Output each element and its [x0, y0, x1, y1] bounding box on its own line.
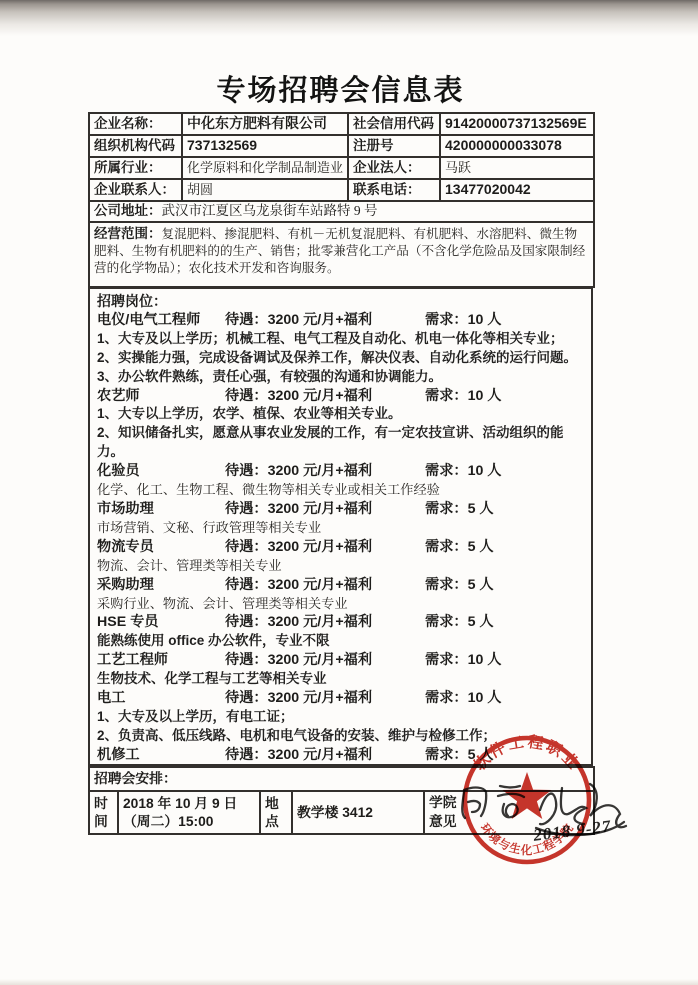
- job-requirement-line: 采购行业、物流、会计、管理类等相关专业: [97, 595, 584, 614]
- time-value: 2018 年 10 月 9 日（周二）15:00: [118, 791, 260, 834]
- company-info-row: 组织机构代码737132569注册号420000000033078: [89, 135, 594, 157]
- job-salary: 待遇：3200 元/月+福利: [225, 746, 425, 765]
- job-requirement-line: 1、大专以上学历，农学、植保、农业等相关专业。: [97, 405, 584, 424]
- job-title: 化验员: [97, 462, 225, 481]
- job-salary: 待遇：3200 元/月+福利: [225, 689, 425, 708]
- place-value: 教学楼 3412: [292, 791, 424, 834]
- company-address-value: 武汉市江夏区乌龙泉街车站路特 9 号: [162, 203, 378, 218]
- company-field-label: 所属行业：: [89, 157, 182, 179]
- job-demand: 需求：5 人: [425, 613, 584, 632]
- job-header-row: 市场助理待遇：3200 元/月+福利需求：5 人: [97, 500, 584, 519]
- job-requirement-line: 化学、化工、生物工程、微生物等相关专业或相关工作经验: [97, 481, 584, 500]
- company-field-label: 联系电话：: [348, 179, 440, 201]
- job-header-row: 采购助理待遇：3200 元/月+福利需求：5 人: [97, 576, 584, 595]
- job-title: 农艺师: [97, 387, 225, 406]
- job-header-row: 化验员待遇：3200 元/月+福利需求：10 人: [97, 462, 584, 481]
- job-salary: 待遇：3200 元/月+福利: [225, 651, 425, 670]
- job-header-row: 物流专员待遇：3200 元/月+福利需求：5 人: [97, 538, 584, 557]
- company-field-value: 91420000737132569E: [440, 113, 594, 135]
- job-title: HSE 专员: [97, 613, 225, 632]
- job-demand: 需求：10 人: [425, 462, 584, 481]
- company-field-value: 420000000033078: [440, 135, 594, 157]
- company-field-value: 13477020042: [440, 179, 594, 201]
- business-scope-text: 经营范围：复混肥料、掺混肥料、有机－无机复混肥料、有机肥料、水溶肥料、微生物肥料…: [94, 225, 589, 277]
- job-requirement-line: 生物技术、化学工程与工艺等相关专业: [97, 670, 584, 689]
- job-requirement-line: 物流、会计、管理类等相关专业: [97, 557, 584, 576]
- company-info-row: 所属行业：化学原料和化学制品制造业企业法人：马跃: [89, 157, 594, 179]
- company-field-value: 化学原料和化学制品制造业: [182, 157, 348, 179]
- company-field-label: 社会信用代码: [348, 113, 440, 135]
- company-address-label: 公司地址：: [94, 203, 162, 218]
- scan-edge-artifact-top: [0, 0, 698, 36]
- job-demand: 需求：10 人: [425, 311, 584, 330]
- job-salary: 待遇：3200 元/月+福利: [225, 576, 425, 595]
- job-header-row: 农艺师待遇：3200 元/月+福利需求：10 人: [97, 387, 584, 406]
- company-field-value: 胡圆: [182, 179, 348, 201]
- business-scope-cell: 经营范围：复混肥料、掺混肥料、有机－无机复混肥料、有机肥料、水溶肥料、微生物肥料…: [89, 222, 594, 287]
- company-info-row: 企业联系人：胡圆联系电话：13477020042: [89, 179, 594, 201]
- job-requirement-line: 市场营销、文秘、行政管理等相关专业: [97, 519, 584, 538]
- company-info-table: 企业名称：中化东方肥料有限公司社会信用代码91420000737132569E组…: [88, 112, 595, 288]
- job-list: 电仪/电气工程师待遇：3200 元/月+福利需求：10 人1、大专及以上学历；机…: [97, 311, 584, 765]
- job-requirement-line: 2、实操能力强，完成设备调试及保养工作，解决仪表、自动化系统的运行问题。: [97, 349, 584, 368]
- company-address-cell: 公司地址：武汉市江夏区乌龙泉街车站路特 9 号: [89, 201, 594, 222]
- place-label: 地点: [260, 791, 292, 834]
- job-demand: 需求：10 人: [425, 689, 584, 708]
- company-field-label: 注册号: [348, 135, 440, 157]
- job-title: 市场助理: [97, 500, 225, 519]
- job-title: 机修工: [97, 746, 225, 765]
- job-requirement-line: 能熟练使用 office 办公软件，专业不限: [97, 632, 584, 651]
- company-info-row: 企业名称：中化东方肥料有限公司社会信用代码91420000737132569E: [89, 113, 594, 135]
- scanned-job-fair-form: 专场招聘会信息表 企业名称：中化东方肥料有限公司社会信用代码9142000073…: [0, 0, 698, 985]
- job-demand: 需求：5 人: [425, 538, 584, 557]
- company-field-label: 企业联系人：: [89, 179, 182, 201]
- job-header-row: 工艺工程师待遇：3200 元/月+福利需求：10 人: [97, 651, 584, 670]
- job-requirement-line: 1、大专及以上学历，有电工证；: [97, 708, 584, 727]
- job-requirement-line: 3、办公软件熟练，责任心强，有较强的沟通和协调能力。: [97, 368, 584, 387]
- job-section-label: 招聘岗位：: [97, 292, 584, 311]
- job-postings-box: 招聘岗位： 电仪/电气工程师待遇：3200 元/月+福利需求：10 人1、大专及…: [88, 287, 593, 766]
- company-field-value: 马跃: [440, 157, 594, 179]
- company-field-label: 组织机构代码: [89, 135, 182, 157]
- job-requirement-line: 2、知识储备扎实，愿意从事农业发展的工作，有一定农技宣讲、活动组织的能力。: [97, 424, 584, 462]
- job-title: 工艺工程师: [97, 651, 225, 670]
- job-header-row: 电工待遇：3200 元/月+福利需求：10 人: [97, 689, 584, 708]
- company-field-value: 737132569: [182, 135, 348, 157]
- company-field-label: 企业法人：: [348, 157, 440, 179]
- business-scope-value: 复混肥料、掺混肥料、有机－无机复混肥料、有机肥料、水溶肥料、微生物肥料、生物有机…: [94, 227, 585, 275]
- job-title: 电工: [97, 689, 225, 708]
- job-title: 物流专员: [97, 538, 225, 557]
- job-salary: 待遇：3200 元/月+福利: [225, 538, 425, 557]
- job-requirement-line: 1、大专及以上学历；机械工程、电气工程及自动化、机电一体化等相关专业；: [97, 330, 584, 349]
- time-label: 时间: [89, 791, 118, 834]
- job-salary: 待遇：3200 元/月+福利: [225, 311, 425, 330]
- job-salary: 待遇：3200 元/月+福利: [225, 500, 425, 519]
- business-scope-row: 经营范围：复混肥料、掺混肥料、有机－无机复混肥料、有机肥料、水溶肥料、微生物肥料…: [89, 222, 594, 287]
- company-field-label: 企业名称：: [89, 113, 182, 135]
- company-field-value: 中化东方肥料有限公司: [182, 113, 348, 135]
- handwritten-signature: [440, 752, 680, 862]
- job-demand: 需求：5 人: [425, 576, 584, 595]
- job-header-row: 电仪/电气工程师待遇：3200 元/月+福利需求：10 人: [97, 311, 584, 330]
- company-address-row: 公司地址：武汉市江夏区乌龙泉街车站路特 9 号: [89, 201, 594, 222]
- job-header-row: HSE 专员待遇：3200 元/月+福利需求：5 人: [97, 613, 584, 632]
- job-demand: 需求：10 人: [425, 387, 584, 406]
- business-scope-label: 经营范围：: [94, 226, 162, 241]
- job-title: 电仪/电气工程师: [97, 311, 225, 330]
- job-demand: 需求：10 人: [425, 651, 584, 670]
- form-title: 专场招聘会信息表: [88, 68, 593, 109]
- company-info-rows: 企业名称：中化东方肥料有限公司社会信用代码91420000737132569E组…: [89, 113, 594, 201]
- job-title: 采购助理: [97, 576, 225, 595]
- job-salary: 待遇：3200 元/月+福利: [225, 613, 425, 632]
- job-salary: 待遇：3200 元/月+福利: [225, 462, 425, 481]
- scan-edge-artifact-bottom: [0, 979, 698, 985]
- job-demand: 需求：5 人: [425, 500, 584, 519]
- job-salary: 待遇：3200 元/月+福利: [225, 387, 425, 406]
